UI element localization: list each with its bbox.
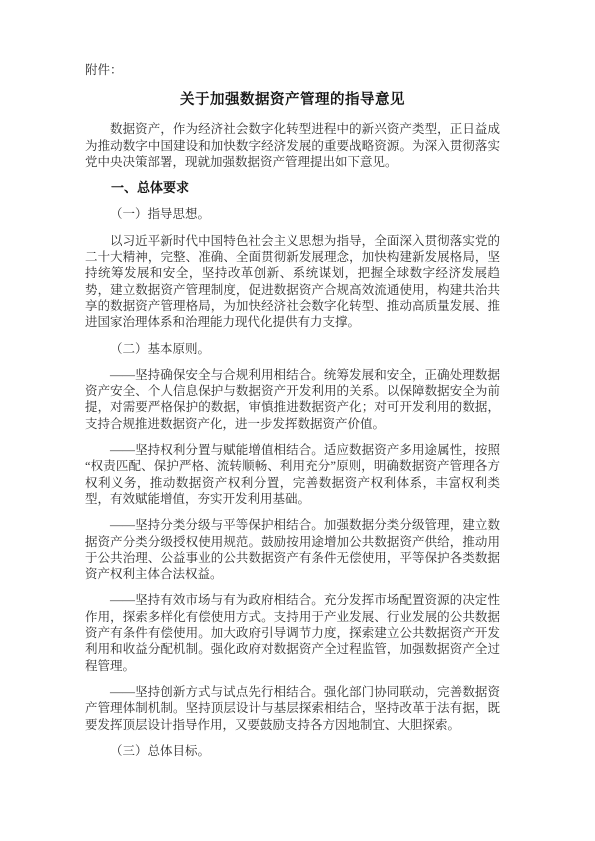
subheading-basic-principles: （二）基本原则。 <box>85 341 500 357</box>
paragraph-guiding-ideology: 以习近平新时代中国特色社会主义思想为指导，全面深入贯彻落实党的二十大精神，完整、… <box>85 233 500 331</box>
principle-classification-equal-protection: ——坚持分类分级与平等保护相结合。加强数据分类分级管理，建立数据资产分类分级授权… <box>85 517 500 582</box>
subheading-guiding-ideology: （一）指导思想。 <box>85 206 500 222</box>
document-page: 附件： 关于加强数据资产管理的指导意见 数据资产，作为经济社会数字化转型进程中的… <box>0 0 595 841</box>
attachment-label: 附件： <box>85 62 500 78</box>
principle-innovation-pilot: ——坚持创新方式与试点先行相结合。强化部门协同联动，完善数据资产管理体制机制。坚… <box>85 684 500 733</box>
principle-security-compliant-use: ——坚持确保安全与合规利用相结合。统筹发展和安全，正确处理数据资产安全、个人信息… <box>85 367 500 432</box>
principle-rights-separation: ——坚持权利分置与赋能增值相结合。适应数据资产多用途属性，按照“权责匹配、保护严… <box>85 442 500 507</box>
subheading-overall-goals: （三）总体目标。 <box>85 743 500 759</box>
document-content: 附件： 关于加强数据资产管理的指导意见 数据资产，作为经济社会数字化转型进程中的… <box>85 0 500 769</box>
principle-market-government: ——坚持有效市场与有为政府相结合。充分发挥市场配置资源的决定性作用，探索多样化有… <box>85 592 500 673</box>
section-heading-overall-requirements: 一、总体要求 <box>85 180 500 196</box>
intro-paragraph: 数据资产，作为经济社会数字化转型进程中的新兴资产类型，正日益成为推动数字中国建设… <box>85 121 500 170</box>
document-title: 关于加强数据资产管理的指导意见 <box>85 90 500 111</box>
